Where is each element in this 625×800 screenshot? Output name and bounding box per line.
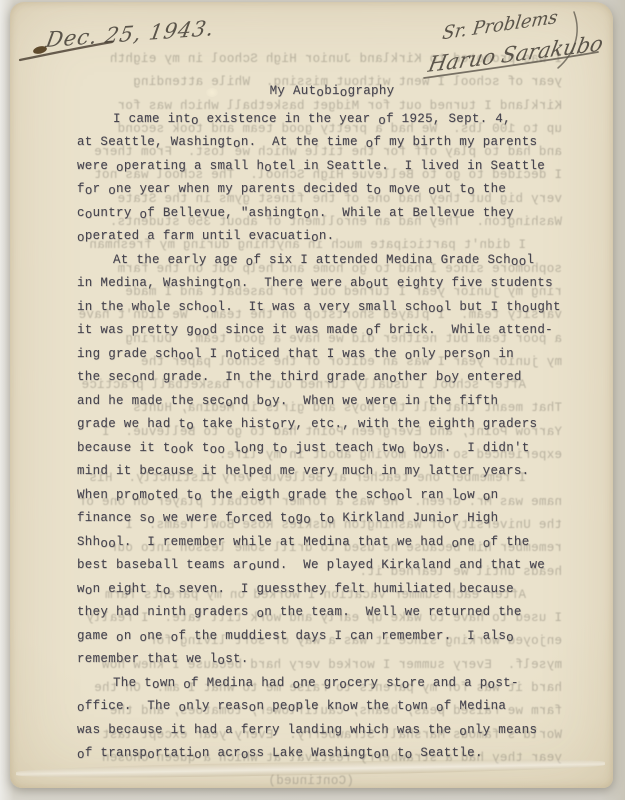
typed-line: it was pretty good since it was made of … [77,319,577,343]
typed-line: they had ninth graders on the team. Well… [77,601,577,625]
typed-line: was because it had a ferry landing which… [77,719,577,743]
typed-line: were operating a small hotel in Seattle.… [77,155,577,179]
page-title: My Autobiography [77,80,577,104]
typed-line: mind it because it helped me very much i… [77,460,577,484]
typed-line: in the whole school. It was a very small… [77,296,577,320]
typed-line: won eight to seven. I guessthey felt hum… [77,578,577,602]
typed-line: When promoted to the eigth grade the sch… [77,484,577,508]
typed-line: remember that we lost. [77,648,577,672]
paragraph-3: The town of Medina had one grocery store… [77,672,577,766]
typed-line: because it took too long to just teach t… [77,437,577,461]
handwritten-date: Dec. 25, 1943. [44,16,216,52]
typed-line: Shhool. I remember while at Medina that … [77,531,577,555]
typed-line: office. The only reason people know the … [77,695,577,719]
typed-line: I came into existence in the year of 192… [77,108,577,132]
paper-stain [206,88,218,97]
typed-line: in Medina, Washington. There were about … [77,272,577,296]
paper-sheet: I was promoted to Kirkland Junior High S… [10,2,613,788]
typed-line: grade we had to take history, etc., with… [77,413,577,437]
typed-line: operated a farm until evacuation. [77,225,577,249]
typed-line: finance so we were forced togo to Kirkla… [77,507,577,531]
typed-line: and he made the second boy. When we were… [77,390,577,414]
typed-line: the second grade. In the third grade ano… [77,366,577,390]
typed-text-block: My Autobiography I came into existence i… [77,80,577,766]
typed-line: ing grade school I noticed that I was th… [77,343,577,367]
scanned-document-page: { "page": { "title": "My Autobiography",… [0,0,625,800]
typed-line: best baseball teams around. We played Ki… [77,554,577,578]
typed-line: for one year when my parents decided to … [77,178,577,202]
paragraph-2: At the early age of six I attended Medin… [77,249,577,672]
paragraph-1: I came into existence in the year of 192… [77,108,577,249]
typed-line: The town of Medina had one grocery store… [77,672,577,696]
typed-line: country of Bellevue, "ashington. While a… [77,202,577,226]
typed-line: game on one of the muddiest days I can r… [77,625,577,649]
typed-line: At the early age of six I attended Medin… [77,249,577,273]
typed-line: at Seattle, Washington. At the time of m… [77,131,577,155]
